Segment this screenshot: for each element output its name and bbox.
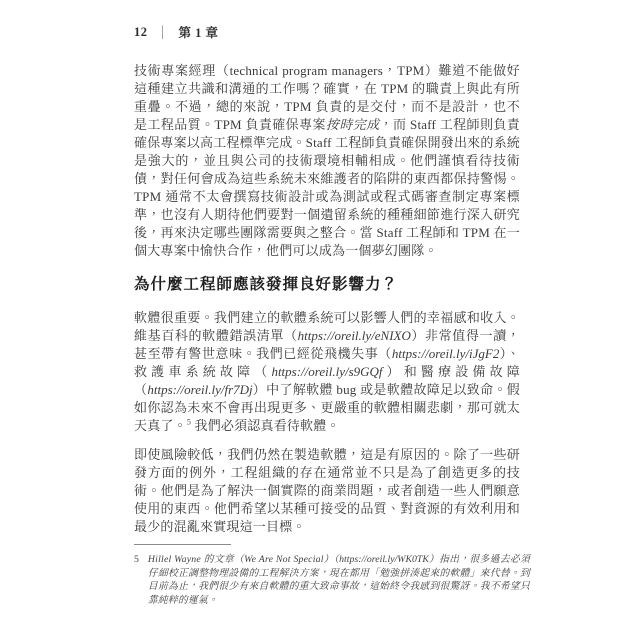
chapter-label: 第 1 章: [179, 23, 219, 41]
section-heading: 為什麼工程師應該發揮良好影響力？: [134, 274, 520, 296]
footnote-text: Hillel Wayne 的文章（We Are Not Special）（htt…: [148, 553, 530, 607]
book-page: 12 ｜ 第 1 章 技術專案經理（technical program mana…: [0, 0, 640, 640]
paragraph-why-we-build-software: 即使風險較低，我們仍然在製造軟體，這是有原因的。除了一些研發方面的例外，工程組織…: [134, 446, 520, 536]
page-content: 12 ｜ 第 1 章 技術專案經理（technical program mana…: [134, 24, 520, 536]
header-separator: ｜: [157, 22, 170, 42]
paragraph-tpm-vs-staff-engineer: 技術專案經理（technical program managers，TPM）難道…: [134, 62, 520, 260]
footnote-marker: 5: [134, 553, 139, 607]
footnote: 5 Hillel Wayne 的文章（We Are Not Special）（h…: [134, 553, 530, 607]
footnote-divider: [134, 544, 231, 545]
page-number: 12: [134, 25, 148, 40]
footnote-area: 5 Hillel Wayne 的文章（We Are Not Special）（h…: [134, 544, 530, 607]
running-header: 12 ｜ 第 1 章: [134, 24, 520, 40]
paragraph-software-matters: 軟體很重要。我們建立的軟體系統可以影響人們的幸福感和收入。維基百科的軟體錯誤清單…: [134, 309, 520, 435]
